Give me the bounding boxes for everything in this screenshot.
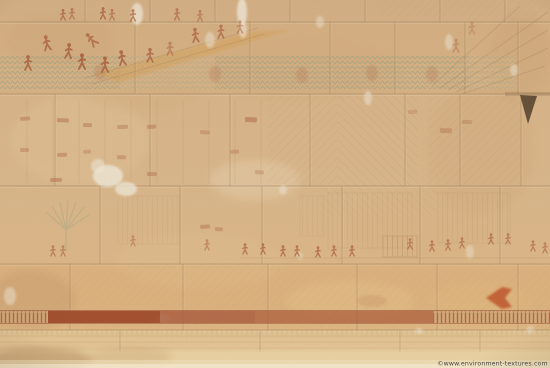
watermark-text: ©www.environment-textures.com [437, 360, 548, 367]
vignette [0, 0, 550, 368]
wall-relief-photo: ©www.environment-textures.com [0, 0, 550, 368]
wall-relief-illustration [0, 0, 550, 368]
